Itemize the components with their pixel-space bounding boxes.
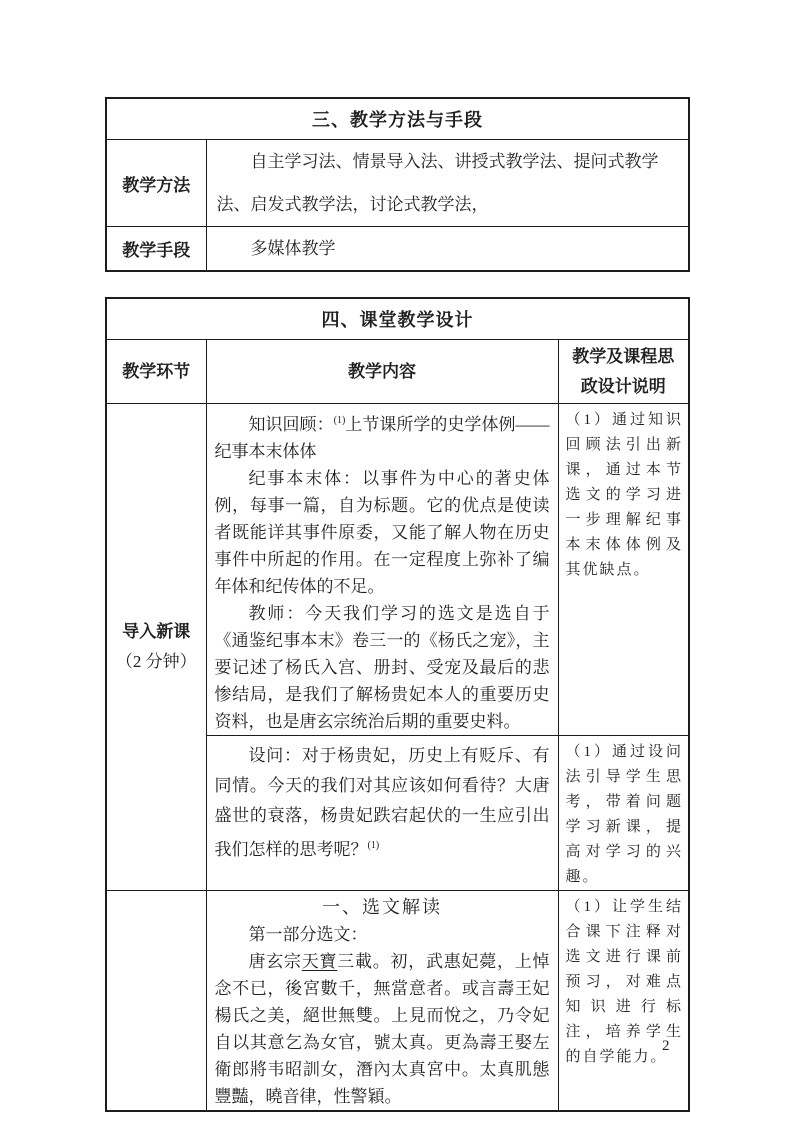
paragraph-definition: 纪事本末体：以事件为中心的著史体例，每事一篇，自为标题。它的优点是使读者既能详其…	[215, 465, 550, 600]
content-cell-review: 知识回顾：(1)上节课所学的史学体例——纪事本末体体 纪事本末体：以事件为中心的…	[206, 404, 558, 736]
table1-title: 三、教学方法与手段	[106, 98, 689, 140]
classical-pre: 唐玄宗	[249, 952, 302, 971]
stage-duration: （2 分钟）	[107, 647, 206, 677]
superscript-ref: (1)	[368, 840, 380, 851]
note-cell-review: （1）通过知识回顾法引出新课，通过本节选文的学习进一步理解纪事本末体体例及其优缺…	[558, 404, 689, 736]
content-cell-question: 设问：对于杨贵妃，历史上有贬斥、有同情。今天的我们对其应该如何看待？大唐盛世的衰…	[206, 736, 558, 891]
teaching-aids-content: 多媒体教学	[206, 227, 689, 272]
paragraph-classical-text: 唐玄宗天寶三載。初，武惠妃薨，上悼念不已，後宮數千，無當意者。或言壽王妃楊氏之美…	[215, 948, 550, 1110]
question-text: 设问：对于杨贵妃，历史上有贬斥、有同情。今天的我们对其应该如何看待？大唐盛世的衰…	[215, 746, 550, 859]
document-page: 三、教学方法与手段 教学方法 自主学习法、情景导入法、讲授式教学法、提问式教学法…	[0, 0, 794, 1123]
paragraph-part-label: 第一部分选文：	[215, 921, 550, 948]
teaching-methods-content: 自主学习法、情景导入法、讲授式教学法、提问式教学法、启发式教学法，讨论式教学法，	[206, 140, 689, 227]
stage-name: 导入新课	[107, 617, 206, 647]
teaching-aids-label: 教学手段	[106, 227, 206, 272]
classical-post: 三載。初，武惠妃薨，上悼念不已，後宮數千，無當意者。或言壽王妃楊氏之美，絕世無雙…	[215, 952, 550, 1106]
paragraph-question: 设问：对于杨贵妃，历史上有贬斥、有同情。今天的我们对其应该如何看待？大唐盛世的衰…	[215, 741, 550, 865]
stage-cell: 导入新课 （2 分钟）	[106, 404, 206, 891]
teaching-methods-table: 三、教学方法与手段 教学方法 自主学习法、情景导入法、讲授式教学法、提问式教学法…	[105, 97, 690, 272]
table2-title: 四、课堂教学设计	[106, 298, 689, 340]
col-header-content: 教学内容	[206, 340, 558, 404]
page-number: 2	[662, 1038, 670, 1055]
lesson-design-table: 四、课堂教学设计 教学环节 教学内容 教学及课程思政设计说明 导入新课 （2 分…	[105, 297, 690, 1112]
review-text: 知识回顾：	[249, 415, 334, 434]
underlined-text: 天寶	[302, 952, 338, 971]
content-cell-reading: 一、选文解读 第一部分选文： 唐玄宗天寶三載。初，武惠妃薨，上悼念不已，後宮數千…	[206, 891, 558, 1112]
section-heading: 一、选文解读	[215, 894, 550, 921]
col-header-notes: 教学及课程思政设计说明	[558, 340, 689, 404]
paragraph-review: 知识回顾：(1)上节课所学的史学体例——纪事本末体体	[215, 407, 550, 465]
col-header-stage: 教学环节	[106, 340, 206, 404]
stage-cell-empty	[106, 891, 206, 1112]
note-cell-reading: （1）让学生结合课下注释对选文进行课前预习，对难点知识进行标注，培养学生的自学能…	[558, 891, 689, 1112]
teaching-methods-label: 教学方法	[106, 140, 206, 227]
superscript-ref: (1)	[334, 415, 346, 426]
paragraph-teacher: 教师：今天我们学习的选文是选自于《通鉴纪事本末》卷三一的《杨氏之宠》，主要记述了…	[215, 600, 550, 735]
note-cell-question: （1）通过设问法引导学生思考，带着问题学习新课，提高对学习的兴趣。	[558, 736, 689, 891]
